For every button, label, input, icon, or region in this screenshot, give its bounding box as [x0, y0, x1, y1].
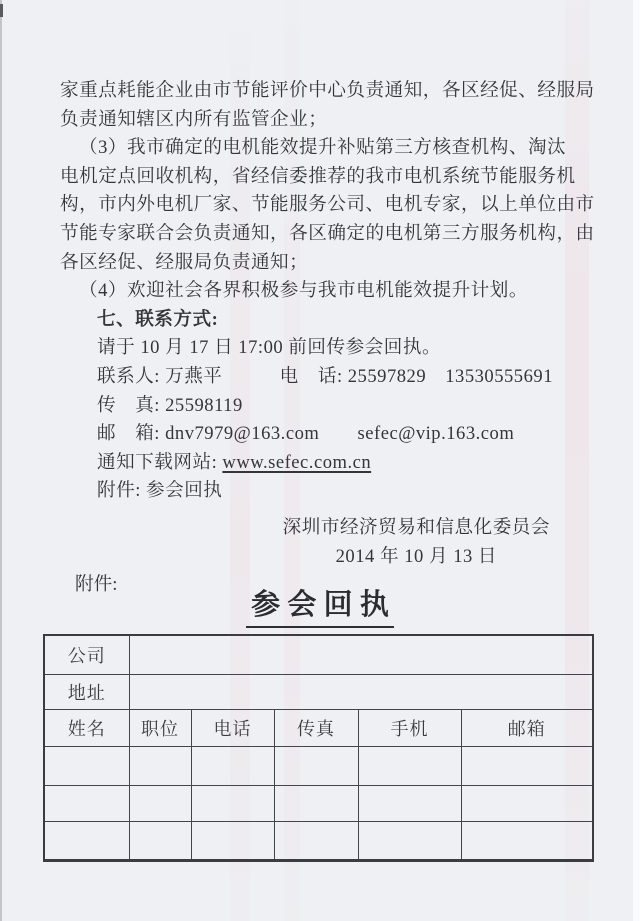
address-label-cell: 地址 [44, 675, 129, 710]
body-line-item4: （4）欢迎社会各界积极参与我市电机能效提升计划。 [60, 277, 640, 306]
signature-date: 2014 年 10 月 13 日 [283, 543, 550, 572]
table-row-company: 公司 [44, 635, 593, 675]
email-line: 邮 箱: dnv7979@163.com sefec@vip.163.com [60, 420, 640, 449]
empty-cell [274, 822, 358, 861]
signature-block: 深圳市经济贸易和信息化委员会 2014 年 10 月 13 日 [283, 514, 550, 571]
body-line: 家重点耗能企业由市节能评价中心负责通知，各区经促、经服局 [60, 77, 640, 106]
header-phone-cell: 电话 [191, 710, 274, 747]
body-line: 各区经促、经服局负责通知； [60, 249, 640, 278]
empty-cell [358, 786, 461, 822]
body-line-item3: （3）我市确定的电机能效提升补贴第三方核查机构、淘汰 [60, 134, 640, 163]
header-name-cell: 姓名 [44, 710, 129, 747]
table-header-row: 姓名 职位 电话 传真 手机 邮箱 [44, 710, 593, 747]
empty-cell [461, 786, 593, 822]
empty-cell [274, 786, 358, 822]
table-row [44, 822, 593, 861]
table-row-address: 地址 [44, 675, 593, 710]
body-line: 节能专家联合会负责通知，各区确定的电机第三方服务机构，由 [60, 220, 640, 249]
table-row [44, 786, 593, 822]
contact-person-phone-line: 联系人: 万燕平 电 话: 25597829 13530555691 [60, 363, 640, 392]
website-line: 通知下载网站: www.sefec.com.cn [60, 449, 640, 478]
reply-form-title: 参 会 回 执 [246, 582, 394, 628]
empty-cell [129, 822, 191, 861]
table-row [44, 747, 593, 786]
empty-cell [44, 747, 129, 786]
attachment-note-line: 附件: 参会回执 [60, 477, 640, 506]
deadline-line: 请于 10 月 17 日 17:00 前回传参会回执。 [60, 334, 640, 363]
attachment-label: 附件: [75, 571, 117, 600]
document-content: 家重点耗能企业由市节能评价中心负责通知，各区经促、经服局 负责通知辖区内所有监管… [0, 77, 640, 862]
header-mobile-cell: 手机 [358, 710, 461, 747]
empty-cell [44, 822, 129, 861]
website-label: 通知下载网站: [97, 452, 222, 473]
section-heading-contact: 七、联系方式: [60, 306, 640, 335]
empty-cell [358, 822, 461, 861]
empty-cell [129, 786, 191, 822]
company-label-cell: 公司 [44, 635, 129, 675]
empty-cell [44, 786, 129, 822]
signature-org: 深圳市经济贸易和信息化委员会 [283, 514, 550, 543]
scanned-document-page: 家重点耗能企业由市节能评价中心负责通知，各区经促、经服局 负责通知辖区内所有监管… [0, 0, 640, 921]
body-line: 电机定点回收机构，省经信委推荐的我市电机系统节能服务机 [60, 163, 640, 192]
fax-line: 传 真: 25598119 [60, 392, 640, 421]
empty-cell [129, 747, 191, 786]
empty-cell [274, 747, 358, 786]
header-fax-cell: 传真 [274, 710, 358, 747]
scan-edge-notch [0, 4, 3, 17]
reply-table: 公司 地址 姓名 职位 电话 传真 手机 邮箱 [43, 634, 594, 862]
empty-cell [191, 786, 274, 822]
empty-cell [191, 747, 274, 786]
address-value-cell [129, 675, 593, 710]
header-position-cell: 职位 [129, 710, 191, 747]
attachment-title-row: 附件: 参 会 回 执 [0, 571, 640, 634]
website-url-link[interactable]: www.sefec.com.cn [222, 452, 371, 473]
empty-cell [191, 822, 274, 861]
body-line: 构，市内外电机厂家、节能服务公司、电机专家，以上单位由市 [60, 191, 640, 220]
empty-cell [461, 747, 593, 786]
body-line: 负责通知辖区内所有监管企业； [60, 106, 640, 135]
header-email-cell: 邮箱 [461, 710, 593, 747]
empty-cell [358, 747, 461, 786]
empty-cell [461, 822, 593, 861]
company-value-cell [129, 635, 593, 675]
